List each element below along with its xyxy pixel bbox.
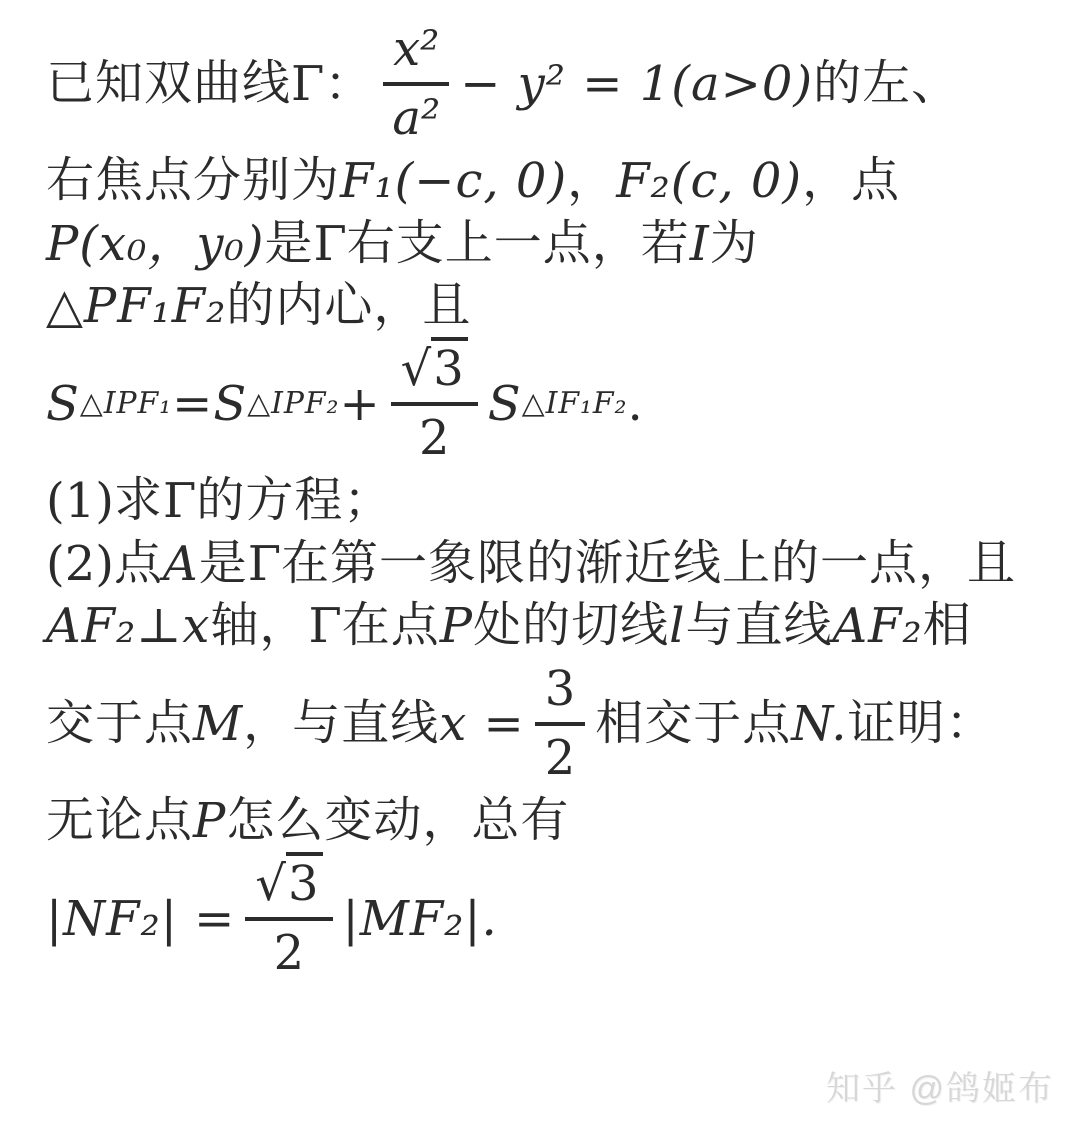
problem-line-8: AF₂⊥x 轴， Γ 在点 P 处的切线 l 与直线 AF₂ 相 — [46, 597, 1062, 656]
problem-line-1: 已知双曲线 Γ： x² a² − y² = 1(a>0) 的左、 — [46, 20, 1062, 148]
gamma-symbol: Γ — [308, 597, 341, 656]
fraction-3-2: 3 2 — [535, 660, 586, 788]
problem-line-9: 交于点 M ，与直线 x = 3 2 相交于点 N. 证明： — [46, 660, 1062, 788]
line9-text-cn-4: 证明： — [847, 695, 994, 754]
line4-text-cn: 的内心，且 — [226, 277, 471, 336]
line7-text-cn: 点 — [114, 535, 163, 594]
fraction-denominator: 2 — [264, 921, 315, 983]
line8-text-cn-2: 在点 — [342, 597, 440, 656]
line1-equation: − y² = 1(a>0) — [460, 55, 813, 114]
fraction-denominator: a² — [382, 86, 450, 148]
zhihu-watermark: 知乎 @鸽姬布 — [826, 1061, 1054, 1110]
period: . — [627, 375, 642, 434]
line10-text-cn: 无论点 — [46, 792, 193, 851]
line2-text-cn-2: 点 — [851, 152, 900, 211]
nf2-equals: |NF₂| = — [46, 890, 235, 949]
radicand: 3 — [286, 852, 323, 912]
fraction-numerator: √3 — [245, 855, 332, 921]
line3-text-cn: 是 — [264, 215, 313, 274]
fraction-numerator: √3 — [391, 340, 478, 406]
item-number-2: (2) — [46, 535, 114, 594]
fraction-sqrt3-2: √3 2 — [245, 855, 332, 983]
problem-line-11-conclusion: |NF₂| = √3 2 |MF₂|. — [46, 855, 1062, 983]
item-number-1: (1) — [46, 472, 114, 531]
line-af2: AF₂ — [832, 597, 922, 656]
line2-text-cn: 右焦点分别为 — [46, 152, 340, 211]
problem-line-7-part2: (2) 点 A 是 Γ 在第一象限的渐近线上的一点，且 — [46, 535, 1062, 594]
fraction-denominator: 2 — [535, 726, 586, 788]
af2-perp-x: AF₂⊥x — [46, 597, 210, 656]
focus-1: F₁(−c, 0) — [340, 152, 567, 211]
fraction-x2-a2: x² a² — [382, 20, 450, 148]
line1-text-cn: 已知双曲线 — [46, 55, 291, 114]
incenter-i: I — [690, 215, 710, 274]
line7-text-cn-2: 是 — [199, 535, 248, 594]
problem-line-2: 右焦点分别为 F₁(−c, 0) ， F₂(c, 0) ， 点 — [46, 152, 1062, 211]
radical-sign: √ — [255, 856, 286, 912]
gamma-symbol: Γ — [248, 535, 281, 594]
line8-text-cn-4: 与直线 — [685, 597, 832, 656]
gamma-symbol: Γ： — [291, 55, 372, 114]
problem-line-3: P(x₀，y₀) 是 Γ 右支上一点，若 I 为 — [46, 215, 1062, 274]
focus-2: F₂(c, 0) — [616, 152, 802, 211]
line6-text-cn: 求 — [114, 472, 163, 531]
mf2-term: |MF₂|. — [343, 890, 498, 949]
point-a: A — [163, 535, 199, 594]
problem-line-4: △PF₁F₂ 的内心，且 — [46, 277, 1062, 336]
line3-text-cn-3: 为 — [710, 215, 759, 274]
equals-sign: = — [172, 375, 213, 434]
tangent-l: l — [669, 597, 685, 656]
s-subscript-ipf2: △IPF₂ — [247, 389, 339, 419]
comma: ， — [567, 152, 616, 211]
point-n: N. — [791, 695, 847, 754]
problem-line-5-area-formula: S△IPF₁ = S△IPF₂ + √3 2 S△IF₁F₂ . — [46, 340, 1062, 468]
s-symbol: S — [488, 375, 522, 434]
radicand: 3 — [431, 337, 468, 397]
point-m: M — [193, 695, 243, 754]
line9-text-cn-2: ，与直线 — [243, 695, 439, 754]
s-subscript-if1f2: △IF₁F₂ — [522, 389, 628, 419]
fraction-denominator: 2 — [409, 406, 460, 468]
s-symbol: S — [46, 375, 80, 434]
triangle-pf1f2: △PF₁F₂ — [46, 277, 226, 336]
point-p: P — [193, 792, 226, 851]
gamma-symbol: Γ — [163, 472, 196, 531]
problem-line-6-part1: (1) 求 Γ 的方程； — [46, 472, 1062, 531]
s-subscript-ipf1: △IPF₁ — [80, 389, 172, 419]
plus-sign: + — [339, 375, 380, 434]
x-equals: x = — [439, 695, 525, 754]
line3-text-cn-2: 右支上一点，若 — [347, 215, 690, 274]
line9-text-cn: 交于点 — [46, 695, 193, 754]
fraction-numerator: 3 — [535, 660, 586, 726]
comma: ， — [802, 152, 851, 211]
line8-text-cn-5: 相 — [923, 597, 972, 656]
problem-line-10: 无论点 P 怎么变动，总有 — [46, 792, 1062, 851]
point-p: P(x₀，y₀) — [46, 215, 264, 274]
line6-text-cn-2: 的方程； — [196, 472, 392, 531]
line8-text-cn-3: 处的切线 — [473, 597, 669, 656]
math-problem-page: 已知双曲线 Γ： x² a² − y² = 1(a>0) 的左、 右焦点分别为 … — [0, 0, 1080, 1132]
line10-text-cn-2: 怎么变动，总有 — [226, 792, 569, 851]
gamma-symbol: Γ — [313, 215, 346, 274]
line1-text-cn-2: 的左、 — [813, 55, 960, 114]
fraction-numerator: x² — [383, 20, 449, 86]
fraction-sqrt3-2: √3 2 — [391, 340, 478, 468]
radical-sign: √ — [401, 341, 432, 397]
line7-text-cn-3: 在第一象限的渐近线上的一点，且 — [281, 535, 1016, 594]
point-p: P — [440, 597, 473, 656]
line9-text-cn-3: 相交于点 — [595, 695, 791, 754]
line8-text-cn: 轴， — [210, 597, 308, 656]
s-symbol: S — [213, 375, 247, 434]
